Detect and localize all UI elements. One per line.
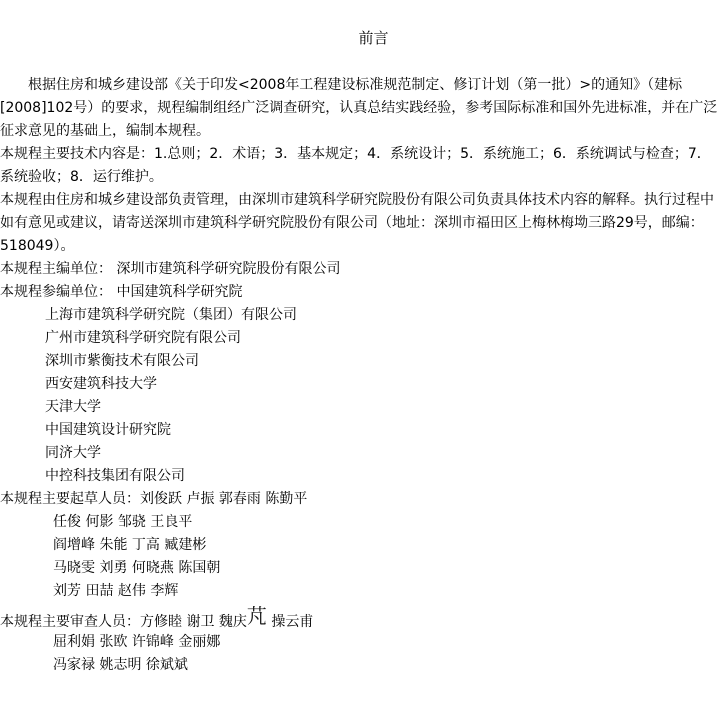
participating-unit: 中控科技集团有限公司 (0, 465, 720, 488)
drafters-line: 阎增峰 朱能 丁高 臧建彬 (0, 534, 720, 557)
participating-unit: 中国建筑设计研究院 (0, 419, 720, 442)
page-title: 前言 (0, 0, 720, 50)
document-page: 前言 根据住房和城乡建设部《关于印发<2008年工程建设标准规范制定、修订计划（… (0, 0, 720, 702)
management-line: 如有意见或建议，请寄送深圳市建筑科学研究院股份有限公司（地址：深圳市福田区上梅林… (0, 212, 720, 235)
drafters-line: 马晓雯 刘勇 何晓燕 陈国朝 (0, 557, 720, 580)
intro-line: [2008]102号）的要求，规程编制组经广泛调查研究，认真总结实践经验，参考国… (0, 97, 720, 120)
reviewers-line-suffix: 操云甫 (267, 614, 313, 630)
participating-unit: 上海市建筑科学研究院（集团）有限公司 (0, 304, 720, 327)
intro-line: 征求意见的基础上，编制本规程。 (0, 120, 720, 143)
fallback-glyph-peng: 芃 (247, 604, 267, 628)
intro-line: 根据住房和城乡建设部《关于印发<2008年工程建设标准规范制定、修订计划（第一批… (0, 74, 720, 97)
document-body: 根据住房和城乡建设部《关于印发<2008年工程建设标准规范制定、修订计划（第一批… (0, 74, 720, 677)
chief-editor-line: 本规程主编单位： 深圳市建筑科学研究院股份有限公司 (0, 258, 720, 281)
contents-line: 系统验收；8．运行维护。 (0, 166, 720, 189)
reviewers-line: 屈利娟 张欧 许锦峰 金丽娜 (0, 631, 720, 654)
drafters-line: 刘芳 田喆 赵伟 李辉 (0, 580, 720, 603)
drafters-line: 任俊 何影 邹骁 王良平 (0, 511, 720, 534)
participating-unit: 西安建筑科技大学 (0, 373, 720, 396)
participating-unit: 同济大学 (0, 442, 720, 465)
reviewers-label-line: 本规程主要审查人员：方修睦 谢卫 魏庆芃 操云甫 (0, 608, 720, 631)
management-line: 本规程由住房和城乡建设部负责管理，由深圳市建筑科学研究院股份有限公司负责具体技术… (0, 189, 720, 212)
drafters-label-line: 本规程主要起草人员：刘俊跃 卢振 郭春雨 陈勤平 (0, 488, 720, 511)
participating-unit: 广州市建筑科学研究院有限公司 (0, 327, 720, 350)
management-line: 518049）。 (0, 235, 720, 258)
participating-unit: 深圳市紫衡技术有限公司 (0, 350, 720, 373)
reviewers-line: 冯家禄 姚志明 徐斌斌 (0, 654, 720, 677)
reviewers-line-prefix: 本规程主要审查人员：方修睦 谢卫 魏庆 (0, 614, 247, 630)
participating-label-line: 本规程参编单位： 中国建筑科学研究院 (0, 281, 720, 304)
contents-line: 本规程主要技术内容是：1.总则；2．术语；3．基本规定；4．系统设计；5．系统施… (0, 143, 720, 166)
participating-unit: 天津大学 (0, 396, 720, 419)
